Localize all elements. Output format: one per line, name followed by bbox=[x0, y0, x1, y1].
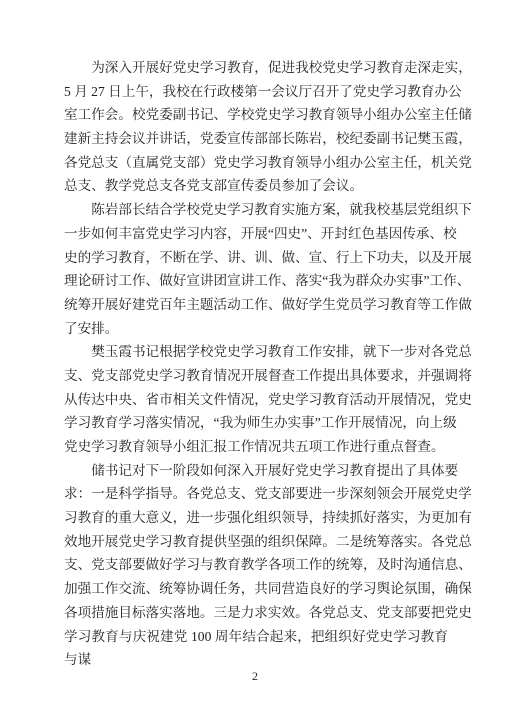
paragraph: 为深入开展好党史学习教育，促进我校党史学习教育走深走实，5 月 27 日上午，我… bbox=[64, 56, 448, 198]
text-line: 各党总支（直属党支部）党史学习教育领导小组办公室主任，机关党 bbox=[64, 151, 448, 175]
paragraph: 樊玉霞书记根据学校党史学习教育工作安排，就下一步对各党总支、党支部党史学习教育情… bbox=[64, 340, 448, 458]
document-body: 为深入开展好党史学习教育，促进我校党史学习教育走深走实，5 月 27 日上午，我… bbox=[64, 56, 448, 648]
text-line: 支、党支部党史学习教育情况开展督查工作提出具体要求，并强调将 bbox=[64, 364, 448, 388]
text-line: 学习教育与庆祝建党 100 周年结合起来，把组织好党史学习教育与谋 bbox=[64, 625, 448, 649]
text-line: 建新主持会议并讲话，党委宣传部部长陈岩，校纪委副书记樊玉霞， bbox=[64, 127, 448, 151]
text-line: 求：一是科学指导。各党总支、党支部要进一步深刻领会开展党史学 bbox=[64, 482, 448, 506]
text-line: 5 月 27 日上午，我校在行政楼第一会议厅召开了党史学习教育办公 bbox=[64, 80, 448, 104]
text-line: 一步如何丰富党史学习内容，开展“四史”、开封红色基因传承、校 bbox=[64, 222, 448, 246]
text-line: 学习教育学习落实情况，“我为师生办实事”工作开展情况，向上级 bbox=[64, 411, 448, 435]
text-line: 习教育的重大意义，进一步强化组织领导，持续抓好落实，为更加有 bbox=[64, 506, 448, 530]
text-line: 储书记对下一阶段如何深入开展好党史学习教育提出了具体要 bbox=[64, 459, 448, 483]
document-page: 为深入开展好党史学习教育，促进我校党史学习教育走深走实，5 月 27 日上午，我… bbox=[0, 0, 510, 719]
text-line: 效地开展党史学习教育提供坚强的组织保障。二是统筹落实。各党总 bbox=[64, 530, 448, 554]
text-line: 各项措施目标落实落地。三是力求实效。各党总支、党支部要把党史 bbox=[64, 601, 448, 625]
text-line: 史的学习教育，不断在学、讲、训、做、宣、行上下功夫，以及开展 bbox=[64, 246, 448, 270]
text-line: 陈岩部长结合学校党史学习教育实施方案，就我校基层党组织下 bbox=[64, 198, 448, 222]
text-line: 总支、教学党总支各党支部宣传委员参加了会议。 bbox=[64, 174, 448, 198]
text-line: 加强工作交流、统筹协调任务，共同营造良好的学习舆论氛围，确保 bbox=[64, 577, 448, 601]
text-line: 理论研讨工作、做好宣讲团宣讲工作、落实“我为群众办实事”工作、 bbox=[64, 269, 448, 293]
text-line: 支、党支部要做好学习与教育教学各项工作的统筹，及时沟通信息、 bbox=[64, 553, 448, 577]
paragraph: 储书记对下一阶段如何深入开展好党史学习教育提出了具体要求：一是科学指导。各党总支… bbox=[64, 459, 448, 649]
text-line: 樊玉霞书记根据学校党史学习教育工作安排，就下一步对各党总 bbox=[64, 340, 448, 364]
text-line: 统筹开展好建党百年主题活动工作、做好学生党员学习教育等工作做 bbox=[64, 293, 448, 317]
text-line: 党史学习教育领导小组汇报工作情况共五项工作进行重点督查。 bbox=[64, 435, 448, 459]
page-number: 2 bbox=[0, 668, 510, 684]
text-line: 了安排。 bbox=[64, 317, 448, 341]
text-line: 从传达中央、省市相关文件情况，党史学习教育活动开展情况，党史 bbox=[64, 388, 448, 412]
paragraph: 陈岩部长结合学校党史学习教育实施方案，就我校基层党组织下一步如何丰富党史学习内容… bbox=[64, 198, 448, 340]
text-line: 为深入开展好党史学习教育，促进我校党史学习教育走深走实， bbox=[64, 56, 448, 80]
text-line: 室工作会。校党委副书记、学校党史学习教育领导小组办公室主任储 bbox=[64, 103, 448, 127]
